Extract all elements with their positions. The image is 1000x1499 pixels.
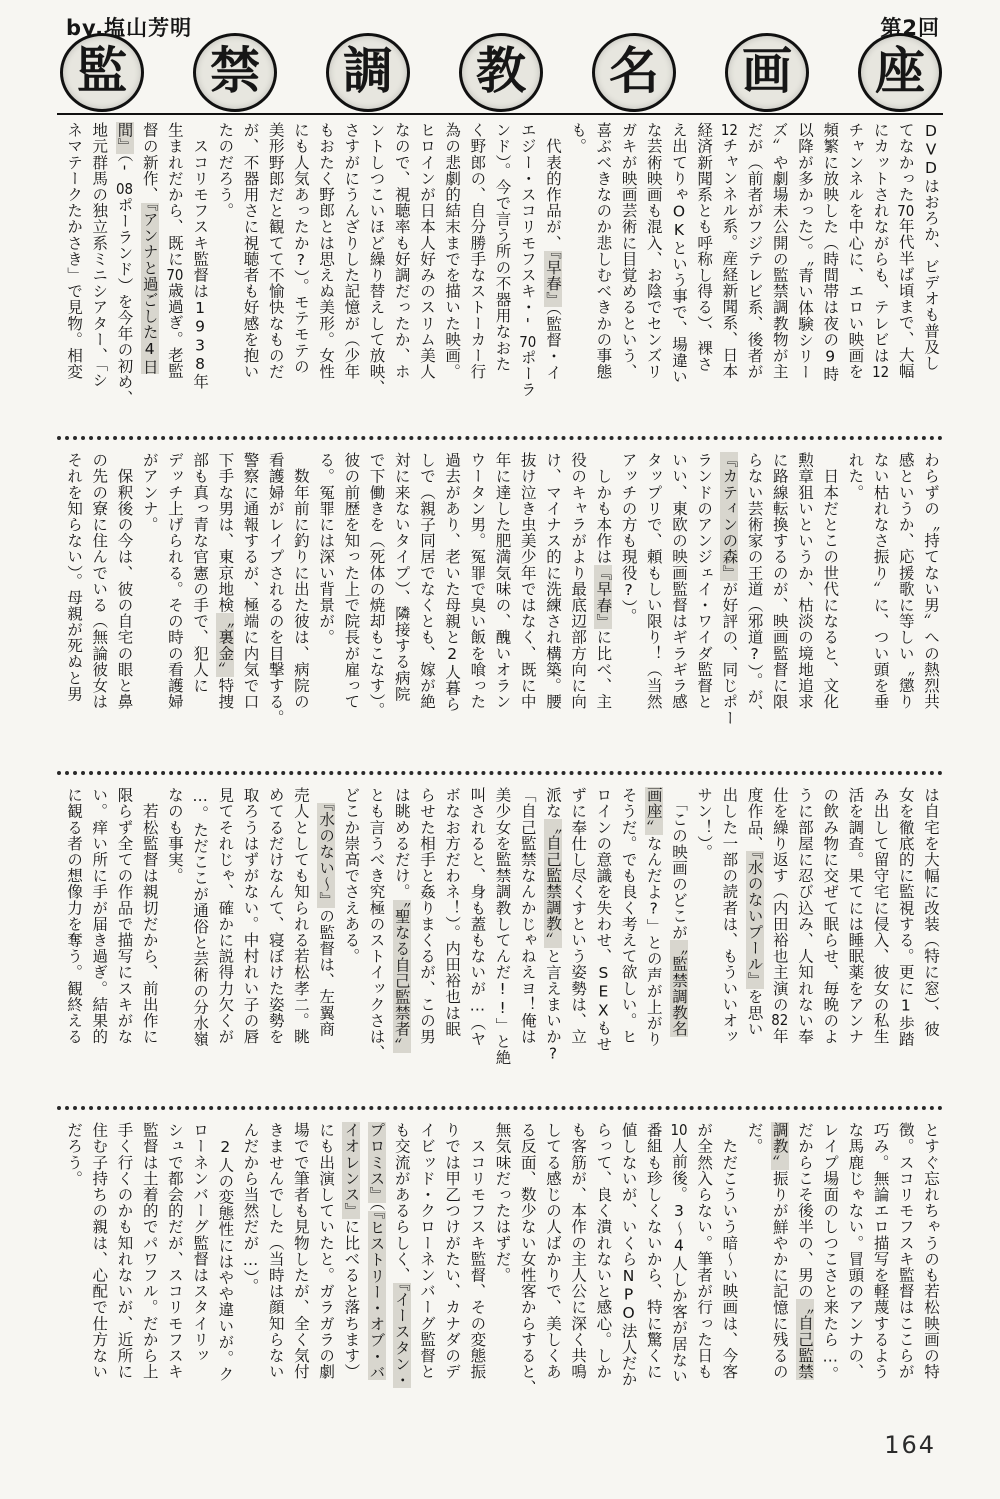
text-column: 調教〟振りが鮮やかに記憶に残るの	[767, 1122, 792, 1440]
text-column: チャンネルを中心に、エロい映画を	[842, 122, 867, 440]
text-column: い。痒い所に手が届き過ぎ。結果的	[86, 787, 111, 1105]
text-column: 番組も珍しくないから、特に驚くに	[641, 1122, 666, 1440]
text-column: 派な〝自己監禁調教〟と言えまいか?	[540, 787, 565, 1105]
text-column: らって、良く潰れないと感心。しか	[590, 1122, 615, 1440]
text-column: 住む子持ちの親は、心配で仕方ない	[86, 1122, 111, 1440]
text-column: 売人としても知られる若松孝二。眺	[288, 787, 313, 1105]
text-column: 画座〟なんだよ?」との声が上がり	[641, 787, 666, 1105]
text-section-2: わらずの〝持てない男〟への熱烈共感というか、応援歌に等しい〝懲りない枯れなさ振り…	[57, 452, 943, 770]
text-column: く野郎の、自分勝手なストーカー行	[464, 122, 489, 440]
text-column: にも人気あったか?）。モテモテの	[288, 122, 313, 440]
title-character: 名	[609, 46, 659, 96]
section-divider	[57, 771, 943, 775]
text-column: 生まれだから、既に70歳過ぎ。老監	[162, 122, 187, 440]
text-column: 監督は土着的でパワフル。だから上	[137, 1122, 162, 1440]
text-column: ずに奉仕し尽くすという姿勢は、立	[565, 787, 590, 1105]
title-character-oval: 名	[592, 33, 676, 112]
text-column: 彼の前歴を知った上で院長が雇って	[338, 452, 363, 770]
text-column: に路線転換するのが、映画監督に限	[767, 452, 792, 770]
text-column: が、不器用さに視聴者も好感を抱い	[237, 122, 262, 440]
text-column: ウータン男。冤罪で臭い飯を喰った	[464, 452, 489, 770]
text-column: だ。	[741, 1122, 766, 1440]
text-column: は自宅を大幅に改装（特に窓）、彼	[918, 787, 943, 1105]
text-column: …。ただここが通俗と芸術の分水嶺	[187, 787, 212, 1105]
text-column: らせた相手と姦りまくるが、この男	[414, 787, 439, 1105]
text-column: ントしつこいほど繰り替えして放映、	[363, 122, 388, 440]
text-column: デッチ上げられる。その時の看護婦	[162, 452, 187, 770]
text-column: 度作品、『水のないプール』を思い	[741, 787, 766, 1105]
text-column: 年に達した肥満気味の、醜いオラン	[489, 452, 514, 770]
text-column: に観る者の想像力を奪う。観終える	[61, 787, 86, 1105]
text-column: 以降が多かった）。〝青い体験シリー	[792, 122, 817, 440]
text-column: がアンナ。	[137, 452, 162, 770]
text-column: レイプ場面のしつこさと来たら…。	[817, 1122, 842, 1440]
text-column: 美少女を監禁調教してんだ!!」と絶	[489, 787, 514, 1105]
text-column: 対に来ないタイプ）、隣接する病院	[389, 452, 414, 770]
text-column: 頻繁に放映した（時間帯は夜の9時	[817, 122, 842, 440]
text-column: 仕を繰り返す（内田裕也主演の82年	[767, 787, 792, 1105]
text-column: も。	[565, 122, 590, 440]
text-column: は眺めるだけ。〝聖なる自己監禁者〟	[389, 787, 414, 1105]
text-column: イビッド・クローネンバーグ監督と	[414, 1122, 439, 1440]
text-column: の飲み物に交ぜて眠らせ、毎晩のよ	[817, 787, 842, 1105]
text-column: プロミス』（『ヒストリー・オブ・バ	[363, 1122, 388, 1440]
text-column: めてるだけなんて、寝ぼけた姿勢を	[263, 787, 288, 1105]
text-column: 勲章狙いというか、枯淡の境地追求	[792, 452, 817, 770]
text-column: ボなお方だわネ！）。内田裕也は眠	[439, 787, 464, 1105]
text-column: 経済新聞系とも呼称し得る）、裸さ	[691, 122, 716, 440]
text-column: しで（親子同居でなくとも、嫁が絶	[414, 452, 439, 770]
text-column: エジー・スコリモフスキ・'70ポーラ	[515, 122, 540, 440]
text-column: 活を調査。果てには睡眠薬をアンナ	[842, 787, 867, 1105]
page-number: 164	[884, 1431, 936, 1459]
text-column: アッチの方も現役?）。	[615, 452, 640, 770]
text-column: 役のキャラがより最底辺部方向に向	[565, 452, 590, 770]
text-column: 「自己監禁なんかじゃねえヨ！俺は	[515, 787, 540, 1105]
text-column: それを知らない）。母親が死ぬと男	[61, 452, 86, 770]
text-column: 巧み。無論エロ描写を軽蔑するよう	[867, 1122, 892, 1440]
text-column: な芸術映画も混入、お陰でセンズリ	[641, 122, 666, 440]
text-column: わらずの〝持てない男〟への熱烈共	[918, 452, 943, 770]
text-column: ンド）。今で言う所の不器用なおた	[489, 122, 514, 440]
text-column: きませんでした（当時は顔知らない	[263, 1122, 288, 1440]
title-character-oval: 画	[725, 33, 809, 112]
text-column: ロインの意識を失わせ、SEXもせ	[590, 787, 615, 1105]
text-section-4: とすぐ忘れちゃうのも若松映画の特徴。スコリモフスキ監督はここらが巧み。無論エロ描…	[57, 1122, 943, 1440]
text-column: 「この映画のどこが〝監禁調教名	[666, 787, 691, 1105]
title-character: 教	[476, 46, 526, 96]
text-column: してる感じの人ばかりで、美しくあ	[540, 1122, 565, 1440]
text-column: 督の新作、『アンナと過ごした4日	[137, 122, 162, 440]
text-column: 女を徹底的に監視する。更に1歩踏	[893, 787, 918, 1105]
text-column: どこか崇高でさえある。	[338, 787, 363, 1105]
text-column: にカットされながらも、テレビは12	[867, 122, 892, 440]
text-column: にも出演していたと。ガラガラの劇	[313, 1122, 338, 1440]
title-character: 監	[77, 46, 127, 96]
title-character: 禁	[210, 46, 260, 96]
text-column: サン！）。	[691, 787, 716, 1105]
text-column: ローネンバーグ監督はスタイリッ	[187, 1122, 212, 1440]
text-column: 美形野郎だと観てて不愉快なものだ	[263, 122, 288, 440]
text-column: 日本だとこの世代になると、文化	[817, 452, 842, 770]
title-character: 座	[875, 46, 925, 96]
text-column: 叫されると、身も蓋もないが…（ヤ	[464, 787, 489, 1105]
text-column: なのも事実。	[162, 787, 187, 1105]
text-column: 場でで筆者も見物したが、全く気付	[288, 1122, 313, 1440]
text-column: 見てそれじゃ、確かに説得力欠くが	[212, 787, 237, 1105]
text-column: イオレンス』に比べると落ちます）	[338, 1122, 363, 1440]
section-divider	[57, 1106, 943, 1110]
text-column: 数年前に釣りに出た彼は、病院の	[288, 452, 313, 770]
magazine-page: by,塩山芳明 第2回 監禁調教名画座 DVDはおろか、ビデオも普及してなかった…	[0, 0, 1000, 1499]
text-column: 12チャンネル系。産経新聞系、日本	[716, 122, 741, 440]
text-column: え出てりゃOKという事で、場違い	[666, 122, 691, 440]
text-column: 限らず全ての作品で描写にスキがな	[111, 787, 136, 1105]
text-column: の先の寮に住んでいる（無論彼女は	[86, 452, 111, 770]
text-column: 10人前後。3〜4人しか客が居ない	[666, 1122, 691, 1440]
title-character-oval: 調	[326, 33, 410, 112]
text-column: 手く行くのかも知れないが、近所に	[111, 1122, 136, 1440]
text-column: で下働きを（死体の焼却もこなす）。	[363, 452, 388, 770]
text-column: 値しないが、いくらNPO法人だか	[615, 1122, 640, 1440]
text-column: が全然入らない。筆者が行った日も	[691, 1122, 716, 1440]
title-character-oval: 禁	[193, 33, 277, 112]
text-column: 抜け泣き虫美少年ではなく、既に中	[515, 452, 540, 770]
text-column: 地元群馬の独立系ミニシアター、「シ	[86, 122, 111, 440]
text-column: 警察に通報するが、極端に内気で口	[237, 452, 262, 770]
text-column: とも言うべき究極のストイックさは、	[363, 787, 388, 1105]
title-character-oval: 監	[60, 33, 144, 112]
header-rule	[57, 113, 943, 115]
text-column: な馬鹿じゃない。冒頭のアンナの、	[842, 1122, 867, 1440]
text-column: み出して留守宅に侵入、彼女の私生	[867, 787, 892, 1105]
text-column: も客筋が、本作の主人公に深く共鳴	[565, 1122, 590, 1440]
title-character-oval: 教	[459, 33, 543, 112]
text-column: DVDはおろか、ビデオも普及し	[918, 122, 943, 440]
text-column: も交流があるらしく、『イースタン・	[389, 1122, 414, 1440]
text-column: そうだ。でも良く考えて欲しい。ヒ	[615, 787, 640, 1105]
text-column: 『水のない〜』の監督は、左翼商	[313, 787, 338, 1105]
text-column: スコリモフスキ監督、その変態振	[464, 1122, 489, 1440]
text-column: りでは甲乙つけがたい、カナダのデ	[439, 1122, 464, 1440]
text-column: んだから当然だが…）。	[237, 1122, 262, 1440]
text-column: ネマテークたかさき」で見物。相変	[61, 122, 86, 440]
text-column: だが（前者がフジテレビ系、後者が	[741, 122, 766, 440]
section-divider	[57, 436, 943, 440]
text-column: だからこそ後半の、男の〝自己監禁	[792, 1122, 817, 1440]
text-column: 出した一部の読者は、もういいオッ	[716, 787, 741, 1105]
text-column: とすぐ忘れちゃうのも若松映画の特	[918, 1122, 943, 1440]
text-column: 徴。スコリモフスキ監督はここらが	[893, 1122, 918, 1440]
text-column: 無気味だったはずだ。	[489, 1122, 514, 1440]
text-column: ない枯れなさ振り〟に、つい頭を垂	[867, 452, 892, 770]
text-section-1: DVDはおろか、ビデオも普及してなかった70年代半ば頃まで、大幅にカットされなが…	[57, 122, 943, 440]
text-column: たのだろう。	[212, 122, 237, 440]
text-column: らない芸術家の王道（邪道?）。が、	[741, 452, 766, 770]
text-column: だろう。	[61, 1122, 86, 1440]
text-column: 若松監督は親切だから、前出作に	[137, 787, 162, 1105]
text-column: 為の悲劇的結末までを描いた映画。	[439, 122, 464, 440]
text-column: 間』（'08ポーランド）を今年の初め、	[111, 122, 136, 440]
text-column: うに部屋に忍び込み、人知れない奉	[792, 787, 817, 1105]
text-column: もおたく野郎とは思えぬ美形。女性	[313, 122, 338, 440]
text-column: 下手な男は、東京地検〝裏金〟特捜	[212, 452, 237, 770]
text-column: なので、視聴率も好調だったか、ホ	[389, 122, 414, 440]
title-character-oval: 座	[858, 33, 942, 112]
text-column: 感というか、応援歌に等しい〝懲り	[893, 452, 918, 770]
text-column: る反面、数少ない女性客からすると、	[515, 1122, 540, 1440]
title-character: 画	[742, 46, 792, 96]
text-column: ただこういう暗〜い映画は、今客	[716, 1122, 741, 1440]
text-column: れた。	[842, 452, 867, 770]
text-column: ランドのアンジェイ・ワイダ監督と	[691, 452, 716, 770]
text-column: スコリモフスキ監督は1938年	[187, 122, 212, 440]
text-column: てなかった70年代半ば頃まで、大幅	[893, 122, 918, 440]
title-character: 調	[343, 46, 393, 96]
text-section-3: は自宅を大幅に改装（特に窓）、彼女を徹底的に監視する。更に1歩踏み出して留守宅に…	[57, 787, 943, 1105]
text-column: 代表的作品が、『早春』（監督・イ	[540, 122, 565, 440]
page-title: 監禁調教名画座	[60, 34, 942, 110]
text-column: さすがにうんざりした記憶が（少年	[338, 122, 363, 440]
text-column: 2人の変態性にはやや違いが。ク	[212, 1122, 237, 1440]
text-column: 『カティンの森』が好評の、同じポー	[716, 452, 741, 770]
text-column: 取ろうはずがない。中村れい子の唇	[237, 787, 262, 1105]
text-column: 看護婦がレイプされるのを目撃する。	[263, 452, 288, 770]
text-column: 保釈後の今は、彼の自宅の眼と鼻	[111, 452, 136, 770]
text-column: タップリで、頼もしい限り！（当然	[641, 452, 666, 770]
text-column: いい、東欧の映画監督はギラギラ感	[666, 452, 691, 770]
text-column: 過去があり、老いた母親と2人暮ら	[439, 452, 464, 770]
text-column: しかも本作は『早春』に比べ、主	[590, 452, 615, 770]
text-column: る。冤罪には深い背景が。	[313, 452, 338, 770]
text-column: 部も真っ青な官憲の手で、犯人に	[187, 452, 212, 770]
text-column: ヒロインが日本人好みのスリム美人	[414, 122, 439, 440]
text-column: シュで都会的だが、スコリモフスキ	[162, 1122, 187, 1440]
text-column: ガキが映画芸術に目覚めるという、	[615, 122, 640, 440]
text-column: ズ〟や劇場未公開の監禁調教物が主	[767, 122, 792, 440]
text-column: 喜ぶべきなのか悲しむべきかの事態	[590, 122, 615, 440]
text-column: け、マイナス的に洗練され構築。腰	[540, 452, 565, 770]
